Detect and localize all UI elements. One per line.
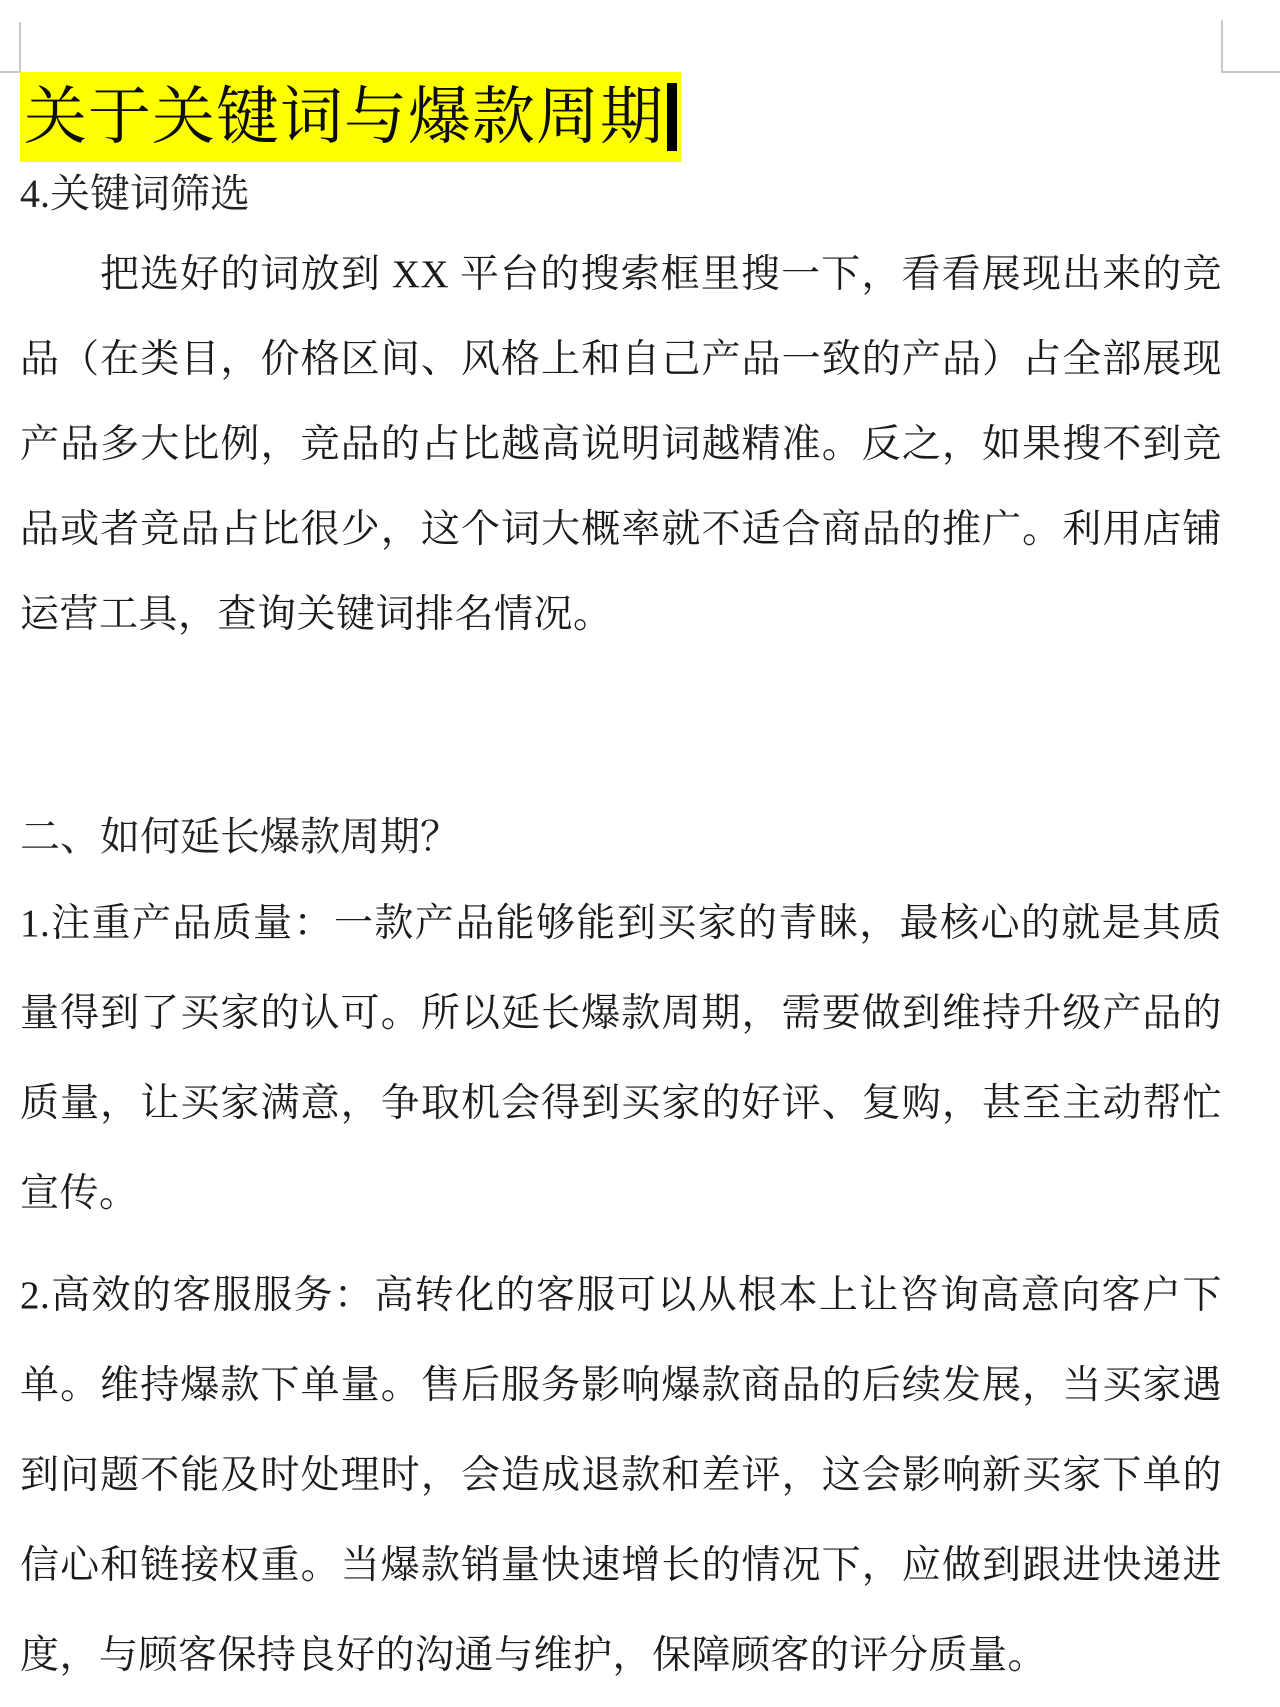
paragraph-line[interactable]: 度，与顾客保持良好的沟通与维护，保障顾客的评分质量。	[20, 1611, 1222, 1701]
paragraph-line[interactable]: 把选好的词放到 XX 平台的搜索框里搜一下，看看展现出来的竞	[20, 232, 1222, 317]
paragraph-line[interactable]: 到问题不能及时处理时，会造成退款和差评，这会影响新买家下单的	[20, 1431, 1222, 1521]
paragraph-line[interactable]: 运营工具，查询关键词排名情况。	[20, 572, 1222, 657]
paragraph-line[interactable]: 1.注重产品质量：一款产品能够能到买家的青睐，最核心的就是其质	[20, 879, 1222, 969]
paragraph-line[interactable]: 信心和链接权重。当爆款销量快速增长的情况下，应做到跟进快递进	[20, 1521, 1222, 1611]
margin-mark-top-right-vertical	[1221, 20, 1223, 73]
text-cursor-caret	[667, 83, 677, 151]
heading-keyword-filter[interactable]: 4.关键词筛选	[20, 166, 1222, 222]
margin-mark-top-right-horizontal	[1221, 71, 1280, 73]
blank-gap	[20, 657, 1222, 807]
document-page: 关于关键词与爆款周期 4.关键词筛选 把选好的词放到 XX 平台的搜索框里搜一下…	[0, 0, 1280, 1707]
paragraph-keyword-filter: 把选好的词放到 XX 平台的搜索框里搜一下，看看展现出来的竞 品（在类目，价格区…	[20, 232, 1222, 657]
paragraph-line[interactable]: 量得到了买家的认可。所以延长爆款周期，需要做到维持升级产品的	[20, 969, 1222, 1059]
paragraph-line[interactable]: 单。维持爆款下单量。售后服务影响爆款商品的后续发展，当买家遇	[20, 1341, 1222, 1431]
paragraph-line[interactable]: 品或者竞品占比很少，这个词大概率就不适合商品的推广。利用店铺	[20, 487, 1222, 572]
paragraph-customer-service: 2.高效的客服服务：高转化的客服可以从根本上让咨询高意向客户下 单。维持爆款下单…	[20, 1251, 1222, 1701]
paragraph-product-quality: 1.注重产品质量：一款产品能够能到买家的青睐，最核心的就是其质 量得到了买家的认…	[20, 879, 1222, 1239]
document-text-area[interactable]: 关于关键词与爆款周期 4.关键词筛选 把选好的词放到 XX 平台的搜索框里搜一下…	[20, 72, 1222, 1701]
document-title-row: 关于关键词与爆款周期	[20, 72, 1222, 162]
paragraph-line[interactable]: 宣传。	[20, 1149, 1222, 1239]
paragraph-line[interactable]: 产品多大比例，竞品的占比越高说明词越精准。反之，如果搜不到竞	[20, 402, 1222, 487]
paragraph-line[interactable]: 质量，让买家满意，争取机会得到买家的好评、复购，甚至主动帮忙	[20, 1059, 1222, 1149]
margin-mark-top-left-vertical	[19, 22, 21, 73]
paragraph-line[interactable]: 2.高效的客服服务：高转化的客服可以从根本上让咨询高意向客户下	[20, 1251, 1222, 1341]
document-title[interactable]: 关于关键词与爆款周期	[24, 72, 664, 162]
paragraph-line[interactable]: 品（在类目，价格区间、风格上和自己产品一致的产品）占全部展现	[20, 317, 1222, 402]
margin-mark-top-left-horizontal	[0, 71, 21, 73]
heading-extend-cycle[interactable]: 二、如何延长爆款周期？	[20, 807, 1222, 867]
title-highlight: 关于关键词与爆款周期	[20, 72, 681, 162]
